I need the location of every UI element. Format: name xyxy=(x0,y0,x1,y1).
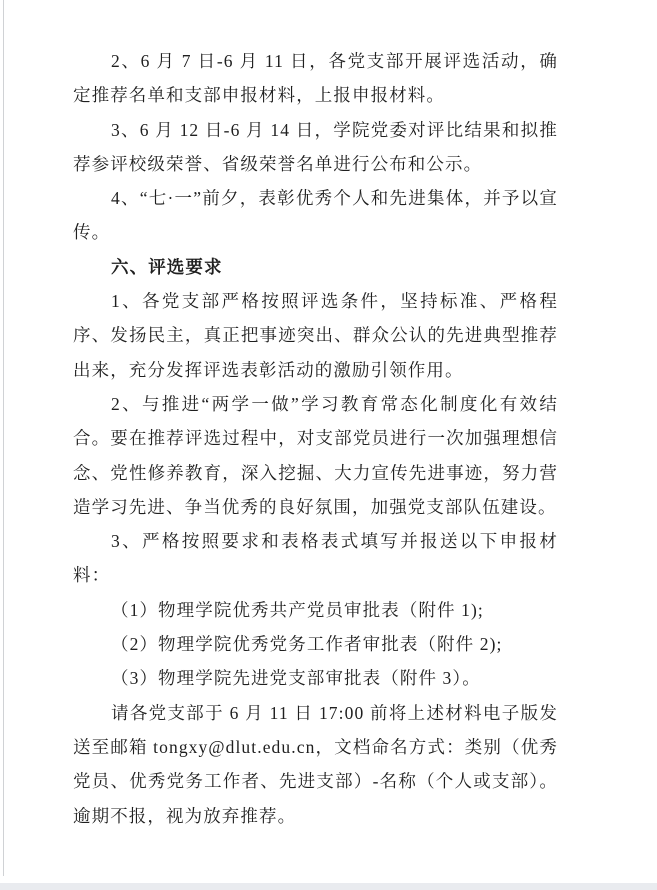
paragraph-schedule-3: 3、6 月 12 日-6 月 14 日，学院党委对评比结果和拟推荐参评校级荣誉、… xyxy=(73,113,558,182)
paragraph-requirement-3: 3、严格按照要求和表格表式填写并报送以下申报材料： xyxy=(73,524,558,593)
page-bottom-edge-strip xyxy=(0,883,657,890)
page-left-edge-line xyxy=(3,0,4,876)
section-heading-requirements: 六、评选要求 xyxy=(73,250,558,284)
list-item-attachment-3: （3）物理学院先进党支部审批表（附件 3）。 xyxy=(73,661,558,695)
paragraph-requirement-2: 2、与推进“两学一做”学习教育常态化制度化有效结合。要在推荐评选过程中，对支部党… xyxy=(73,387,558,524)
paragraph-submission-notice: 请各党支部于 6 月 11 日 17:00 前将上述材料电子版发送至邮箱 ton… xyxy=(73,696,558,833)
paragraph-schedule-4: 4、“七·一”前夕，表彰优秀个人和先进集体，并予以宣传。 xyxy=(73,181,558,250)
document-page: 2、6 月 7 日-6 月 11 日，各党支部开展评选活动，确定推荐名单和支部申… xyxy=(0,0,657,890)
list-item-attachment-1: （1）物理学院优秀共产党员审批表（附件 1); xyxy=(73,593,558,627)
paragraph-requirement-1: 1、各党支部严格按照评选条件，坚持标准、严格程序、发扬民主，真正把事迹突出、群众… xyxy=(73,284,558,387)
list-item-attachment-2: （2）物理学院优秀党务工作者审批表（附件 2); xyxy=(73,627,558,661)
document-body: 2、6 月 7 日-6 月 11 日，各党支部开展评选活动，确定推荐名单和支部申… xyxy=(73,44,558,833)
paragraph-schedule-2: 2、6 月 7 日-6 月 11 日，各党支部开展评选活动，确定推荐名单和支部申… xyxy=(73,44,558,113)
